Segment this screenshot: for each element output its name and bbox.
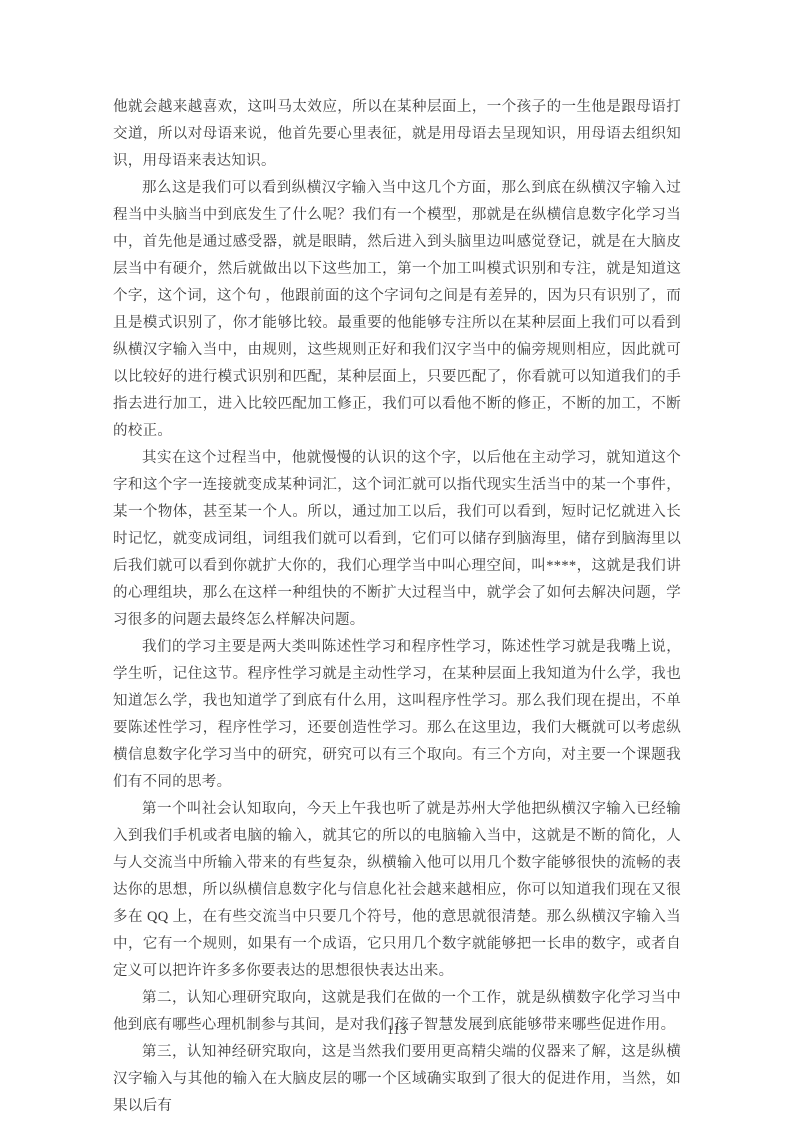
paragraph-2: 那么这是我们可以看到纵横汉字输入当中这几个方面，那么到底在纵横汉字输入过程当中头… <box>113 175 681 445</box>
document-page: 他就会越来越喜欢，这叫马太效应，所以在某种层面上，一个孩子的一生他是跟母语打交道… <box>0 0 794 1123</box>
page-number: 113 <box>0 1023 794 1038</box>
paragraph-7: 第三，认知神经研究取向，这是当然我们要用更高精尖端的仪器来了解，这是纵横汉字输入… <box>113 1039 681 1120</box>
text-block: 他就会越来越喜欢，这叫马太效应，所以在某种层面上，一个孩子的一生他是跟母语打交道… <box>113 94 681 1120</box>
paragraph-5: 第一个叫社会认知取向，今天上午我也听了就是苏州大学他把纵横汉字输入已经输入到我们… <box>113 796 681 985</box>
paragraph-1: 他就会越来越喜欢，这叫马太效应，所以在某种层面上，一个孩子的一生他是跟母语打交道… <box>113 94 681 175</box>
paragraph-3: 其实在这个过程当中，他就慢慢的认识的这个字，以后他在主动学习，就知道这个字和这个… <box>113 445 681 634</box>
paragraph-4: 我们的学习主要是两大类叫陈述性学习和程序性学习，陈述性学习就是我嘴上说，学生听，… <box>113 634 681 796</box>
